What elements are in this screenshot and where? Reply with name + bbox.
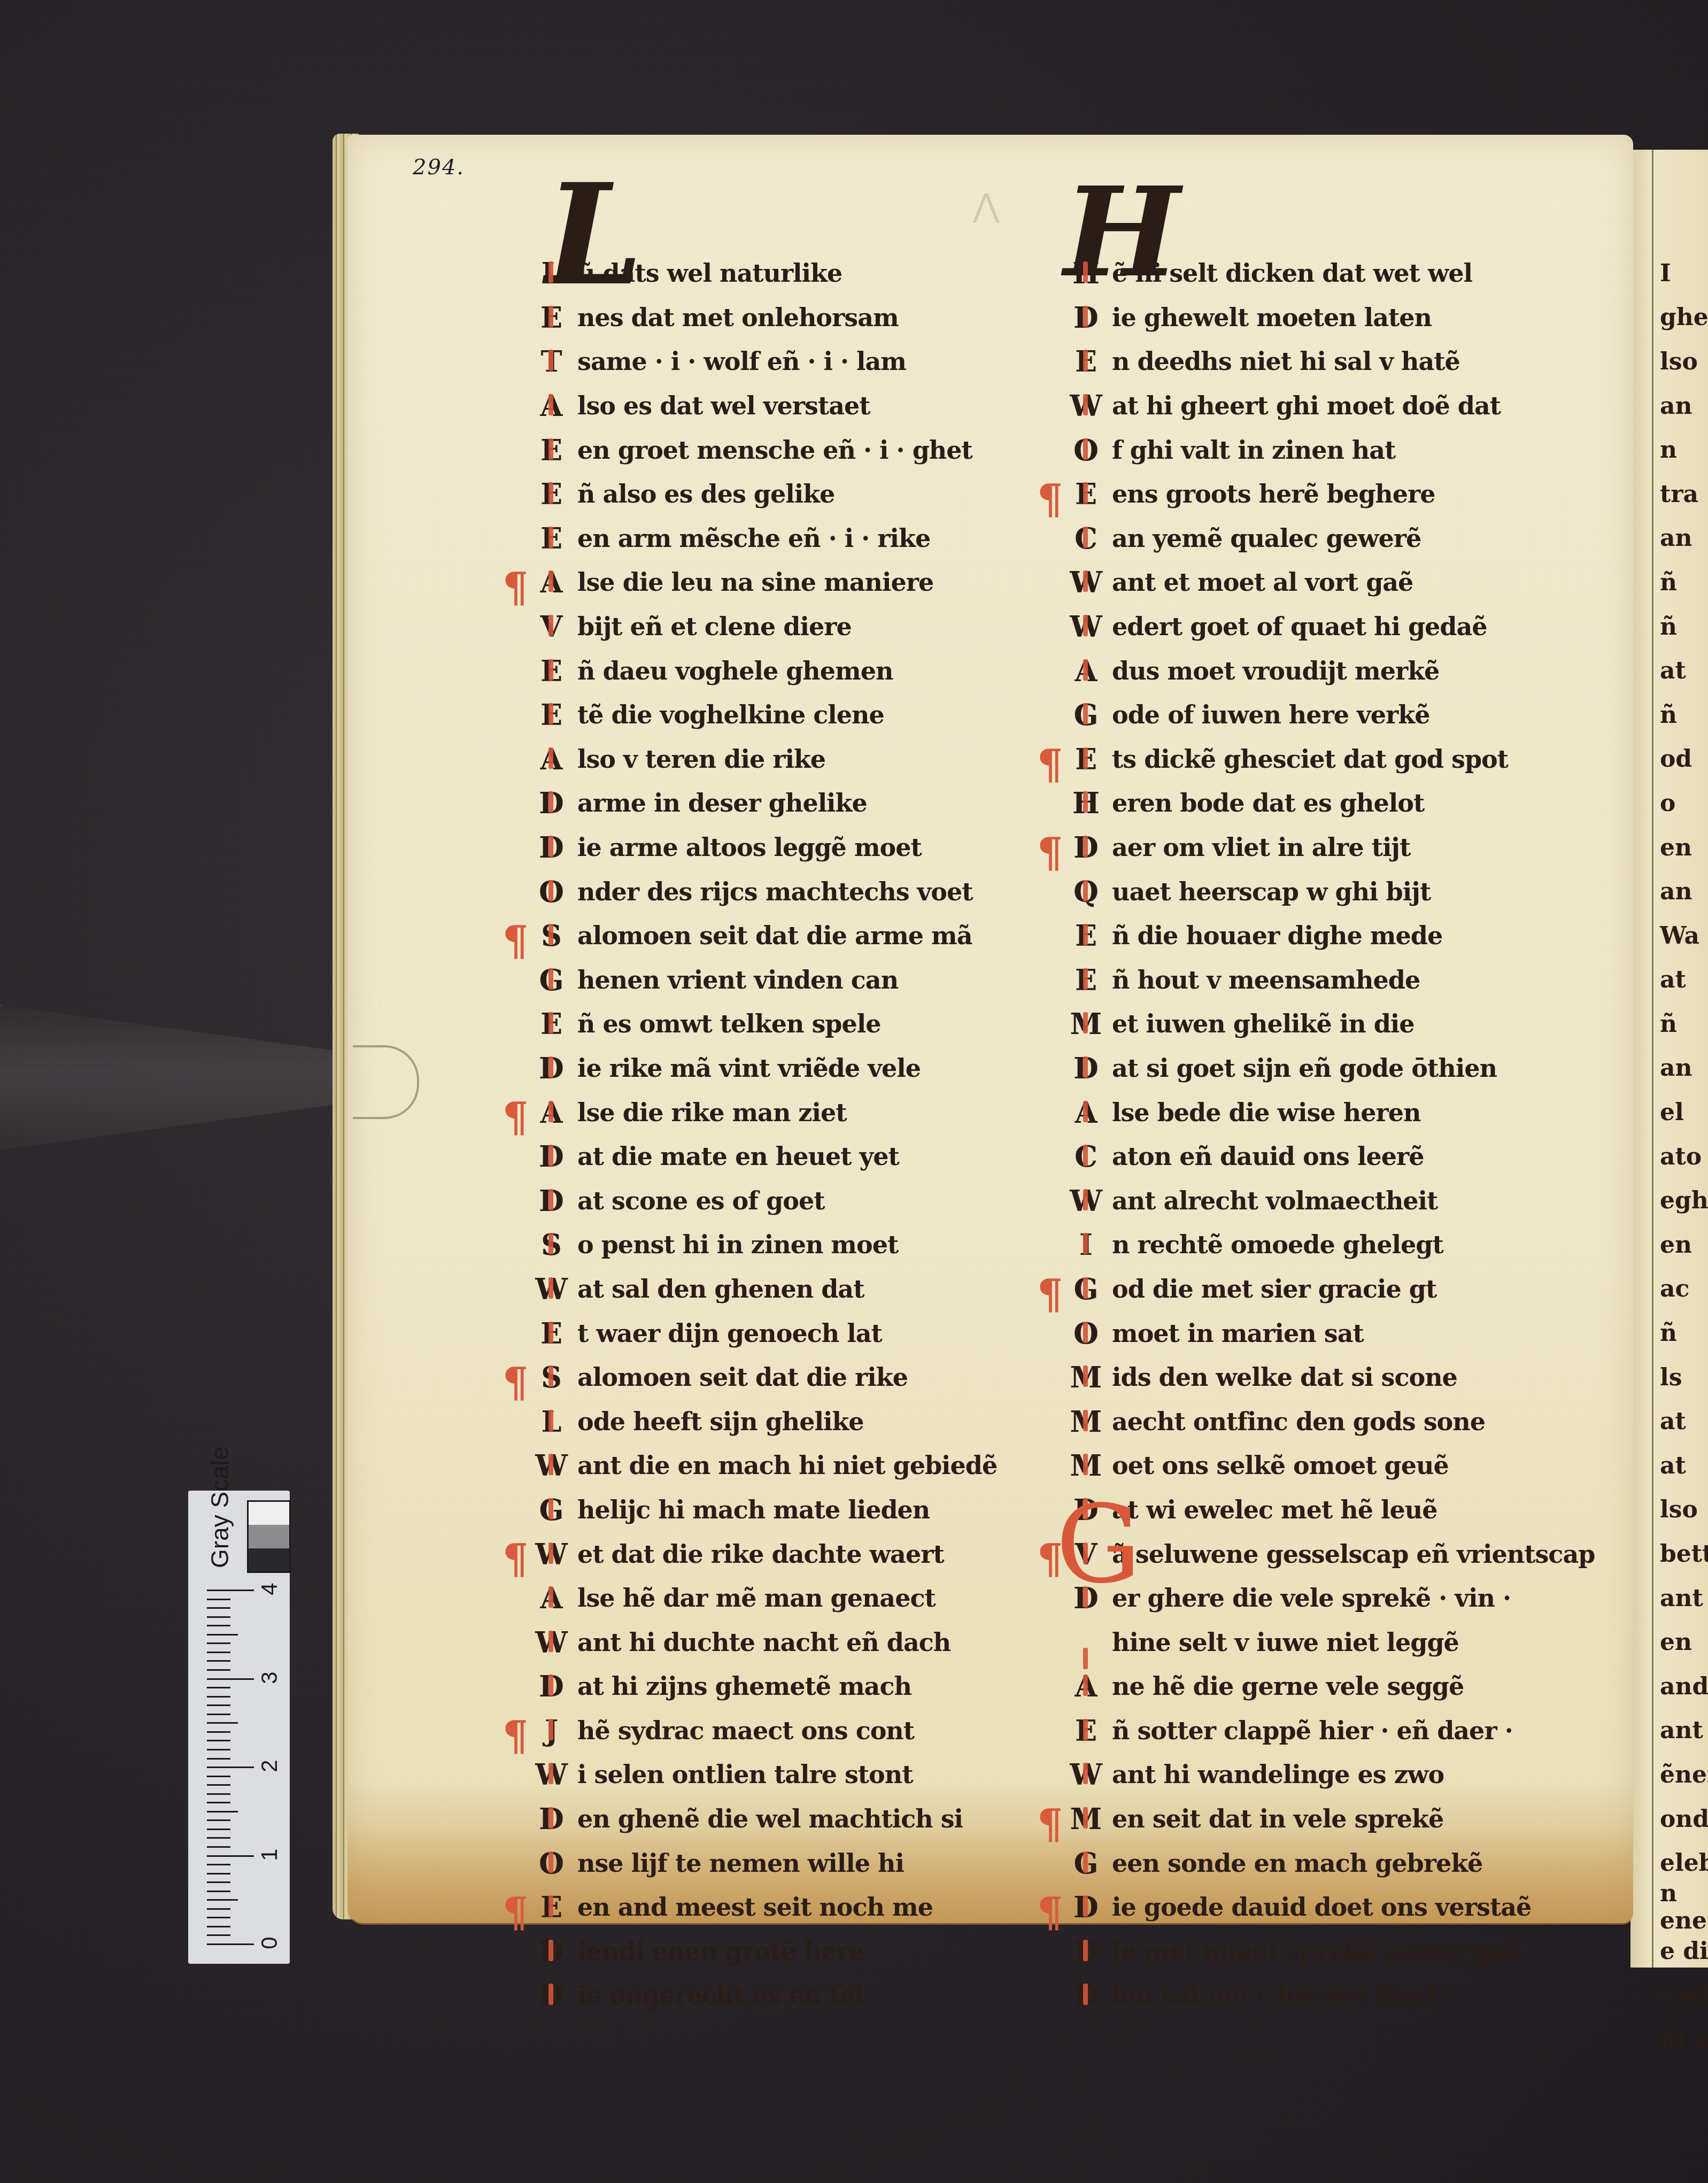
verse-line: Vbijt eñ et clene diere xyxy=(535,605,997,649)
paragraph-mark-icon: ¶ xyxy=(1037,740,1062,788)
verse-line: Dat hi zijns ghemetẽ mach xyxy=(535,1664,997,1709)
verse-text: ñ es omwt telken spele xyxy=(577,1009,881,1038)
ruler-tick xyxy=(207,1652,230,1653)
verse-line: Eñ sotter clappẽ hier · eñ daer · xyxy=(1069,1709,1595,1753)
ruler-tick xyxy=(207,1846,230,1848)
verse-initial: D xyxy=(535,1802,568,1836)
verse-text: en and meest seit noch me xyxy=(577,1893,933,1922)
verse-initial: M xyxy=(1069,1007,1102,1041)
verse-initial: M xyxy=(1069,1360,1102,1394)
ruler-tick xyxy=(207,1776,230,1777)
verse-text: lse bede die wise heren xyxy=(1112,1098,1420,1127)
verse-text: ie goede dauid doet ons verstaẽ xyxy=(1112,1893,1531,1922)
verse-line: Alse bede die wise heren xyxy=(1069,1090,1595,1135)
verse-line: Dat si goet sijn eñ gode ōthien xyxy=(1069,1046,1595,1091)
verse-initial: E xyxy=(535,521,568,556)
verse-line: ¶Ets dickẽ ghesciet dat god spot xyxy=(1069,737,1595,782)
ruler-label: 3 xyxy=(257,1671,282,1684)
verse-text: aton eñ dauid ons leerẽ xyxy=(1112,1142,1424,1171)
verse-initial: M xyxy=(1069,1802,1102,1836)
verse-initial: W xyxy=(1069,565,1102,599)
facing-line-fragment: ghe xyxy=(1660,296,1708,340)
verse-initial: E xyxy=(1069,1714,1102,1748)
verse-initial: O xyxy=(535,875,568,909)
facing-page-text: IghelsoanntraanññatñodoenanWaatñanelatoe… xyxy=(1660,251,1708,2062)
facing-line-fragment: e wi xyxy=(1660,1973,1708,2018)
verse-text: uaet heerscap w ghi bijt xyxy=(1112,877,1431,906)
verse-initial: D xyxy=(1069,1890,1102,1924)
verse-line: Eñ es omwt telken spele xyxy=(535,1002,997,1046)
verse-text: eren bode dat es ghelot xyxy=(1112,789,1424,817)
verse-text: t waer dijn genoech lat xyxy=(577,1319,882,1348)
verse-line: ¶Salomoen seit dat die rike xyxy=(535,1355,997,1400)
verse-initial: O xyxy=(1069,433,1102,467)
verse-text: moet in marien sat xyxy=(1112,1319,1364,1348)
verse-line: Die rike mã vint vriẽde vele xyxy=(535,1046,997,1091)
verse-line: Want hi wandelinge es zwo xyxy=(1069,1753,1595,1797)
paragraph-mark-icon: ¶ xyxy=(1037,1270,1062,1318)
verse-line: Darme in deser ghelike xyxy=(535,781,997,826)
facing-line-fragment: ac xyxy=(1660,1267,1708,1312)
ruler-tick xyxy=(207,1881,230,1883)
verse-initial: D xyxy=(535,830,568,865)
verse-text: et iuwen ghelikẽ in die xyxy=(1112,1009,1415,1038)
verse-text: ids den welke dat si scone xyxy=(1112,1363,1457,1392)
facing-line-fragment: hi so xyxy=(1660,2018,1708,2062)
verse-line: In rechtẽ omoede ghelegt xyxy=(1069,1223,1595,1267)
verse-initial: S xyxy=(535,1360,568,1394)
verse-text: lso v teren die rike xyxy=(577,745,825,774)
facing-line-fragment: ñ xyxy=(1660,560,1708,605)
verse-text: ie arme altoos leggẽ moet xyxy=(577,833,922,862)
ruler-tick xyxy=(207,1793,230,1795)
ruler-tick xyxy=(207,1829,230,1830)
verse-text: at scone es of goet xyxy=(577,1186,824,1215)
verse-line: Eñ die houaer dighe mede xyxy=(1069,914,1595,958)
ruler-tick xyxy=(207,1926,230,1927)
verse-line: ¶Alse die leu na sine maniere xyxy=(535,560,997,605)
verse-initial: W xyxy=(535,1537,568,1571)
folio-number: 294. xyxy=(413,155,465,180)
verse-text: nse lijf te nemen wille hi xyxy=(577,1849,904,1878)
verse-line: Lode heeft sijn ghelike xyxy=(535,1399,997,1444)
verse-text: dus moet vroudijt merkẽ xyxy=(1112,657,1439,685)
verse-line: Dat die mate en heuet yet xyxy=(535,1135,997,1179)
verse-initial: W xyxy=(535,1757,568,1792)
verse-line: Dat scone es of goet xyxy=(535,1178,997,1223)
verse-text: at hi gheert ghi moet doẽ dat xyxy=(1112,391,1501,420)
verse-line: Onse lijf te nemen wille hi xyxy=(535,1841,997,1885)
facing-line-fragment: elebe xyxy=(1660,1841,1708,1885)
verse-line: Die arme altoos leggẽ moet xyxy=(535,826,997,870)
red-capital-initial: G xyxy=(1056,1492,1141,1599)
facing-line-fragment: n xyxy=(1660,428,1708,472)
paragraph-mark-icon: ¶ xyxy=(503,1359,528,1406)
facing-line-fragment: ato xyxy=(1660,1135,1708,1179)
verse-initial: S xyxy=(535,919,568,953)
verse-text: at sal den ghenen dat xyxy=(577,1275,864,1303)
verse-initial: W xyxy=(1069,1184,1102,1218)
verse-initial: E xyxy=(535,477,568,511)
verse-line: Also v teren die rike xyxy=(535,737,997,782)
verse-text: ant alrecht volmaectheit xyxy=(1112,1186,1437,1215)
verse-initial: E xyxy=(1069,742,1102,776)
ruler-tick xyxy=(207,1819,230,1821)
facing-line-fragment: ẽnen xyxy=(1660,1753,1708,1797)
facing-line-fragment: Wa xyxy=(1660,914,1708,958)
verse-initial: A xyxy=(535,389,568,423)
verse-text: ens groots herẽ beghere xyxy=(1112,480,1435,508)
gray-scale-card: Gray Scale 01234 xyxy=(188,1491,290,1964)
verse-text: ñ daeu voghele ghemen xyxy=(577,657,893,685)
swatch-white xyxy=(249,1502,289,1525)
verse-line: Lũ dats wel naturlike xyxy=(535,251,997,296)
verse-text: ode of iuwen here verkẽ xyxy=(1112,700,1429,729)
left-text-column: Lũ dats wel naturlikeEnes dat met onleho… xyxy=(535,251,997,2018)
verse-initial: E xyxy=(535,698,568,732)
facing-line-fragment: el xyxy=(1660,1090,1708,1135)
verse-line: Een groet mensche eñ · i · ghet xyxy=(535,428,997,472)
facing-line-fragment: egh xyxy=(1660,1178,1708,1223)
verse-text: f ghi valt in zinen hat xyxy=(1112,436,1395,465)
verse-line: ¶Daer om vliet in alre tijt xyxy=(1069,826,1595,870)
verse-line: Want hi duchte nacht eñ dach xyxy=(535,1620,997,1664)
verse-initial: D xyxy=(535,1051,568,1085)
verse-line: Ane hẽ die gerne vele seggẽ xyxy=(1069,1664,1595,1709)
paragraph-mark-icon: ¶ xyxy=(503,1093,528,1141)
verse-line: Die met quaet sprekẽ omme gaẽ xyxy=(1069,1930,1595,1974)
verse-initial: E xyxy=(535,300,568,335)
ruler-tick xyxy=(207,1696,230,1698)
verse-text: ũ dats wel naturlike xyxy=(577,259,842,288)
verse-text: en arm mẽsche eñ · i · rike xyxy=(577,524,930,553)
verse-initial: A xyxy=(535,1581,568,1615)
verse-initial: A xyxy=(1069,1096,1102,1130)
verse-initial: D xyxy=(1069,830,1102,865)
verse-initial: E xyxy=(1069,344,1102,379)
facing-line-fragment: ñ xyxy=(1660,605,1708,649)
ruler-tick xyxy=(207,1669,230,1671)
verse-line: Dien sal mẽ v bieden tlant xyxy=(1069,1973,1595,2018)
ruler-tick xyxy=(207,1731,230,1733)
ruler-tick xyxy=(207,1811,238,1812)
facing-line-fragment: an xyxy=(1660,869,1708,914)
verse-text: hine selt v iuwe niet leggẽ xyxy=(1112,1628,1459,1657)
verse-text: ñ also es des gelike xyxy=(577,480,834,508)
verse-line: Heren bode dat es ghelot xyxy=(1069,781,1595,826)
verse-line: Enes dat met onlehorsam xyxy=(535,296,997,340)
ruler-tick xyxy=(207,1934,230,1936)
verse-line: ¶Men seit dat in vele sprekẽ xyxy=(1069,1797,1595,1841)
verse-initial: D xyxy=(1069,1978,1102,2012)
verse-line: Diendi enen grotẽ here xyxy=(535,1930,997,1974)
verse-text: hẽ sydrac maect ons cont xyxy=(577,1716,914,1745)
verse-line: Omoet in marien sat xyxy=(1069,1311,1595,1355)
verse-line: Alse hẽ dar mẽ man genaect xyxy=(535,1576,997,1621)
verse-text: nes dat met onlehorsam xyxy=(577,303,899,332)
ruler-tick xyxy=(207,1722,238,1724)
ruler-tick xyxy=(207,1891,230,1892)
verse-initial: J xyxy=(535,1714,568,1748)
facing-line-fragment: tra xyxy=(1660,472,1708,516)
verse-initial: E xyxy=(535,1890,568,1924)
verse-initial: H xyxy=(1069,256,1102,290)
verse-initial: H xyxy=(1069,786,1102,820)
verse-initial: W xyxy=(1069,610,1102,644)
verse-line: ¶Jhẽ sydrac maect ons cont xyxy=(535,1709,997,1753)
paragraph-mark-icon: ¶ xyxy=(1037,475,1062,523)
verse-line: Den ghenẽ die wel machtich si xyxy=(535,1797,997,1841)
verse-text: ant et moet al vort gaẽ xyxy=(1112,568,1413,597)
ruler-tick xyxy=(207,1704,230,1706)
verse-text: et dat die rike dachte waert xyxy=(577,1540,944,1569)
verse-line: Eñ daeu voghele ghemen xyxy=(535,649,997,693)
verse-initial: D xyxy=(535,1978,568,2012)
facing-line-fragment: ls xyxy=(1660,1355,1708,1400)
paragraph-mark-icon: ¶ xyxy=(503,564,528,611)
facing-line-fragment: ond xyxy=(1660,1797,1708,1841)
paragraph-mark-icon: ¶ xyxy=(1037,1888,1062,1936)
verse-line: Geen sonde en mach gebrekẽ xyxy=(1069,1841,1595,1885)
verse-text: ant die en mach hi niet gebiedẽ xyxy=(577,1451,997,1480)
verse-initial: S xyxy=(535,1228,568,1262)
ruler-tick xyxy=(207,1634,238,1636)
verse-text: nder des rijcs machtechs voet xyxy=(577,877,972,906)
verse-text: same · i · wolf eñ · i · lam xyxy=(577,347,906,376)
verse-initial: C xyxy=(1069,521,1102,556)
verse-line: Een arm mẽsche eñ · i · rike xyxy=(535,516,997,561)
verse-initial: W xyxy=(535,1272,568,1306)
verse-text: ts dickẽ ghesciet dat god spot xyxy=(1112,745,1508,774)
verse-line: Mids den welke dat si scone xyxy=(1069,1355,1595,1400)
paragraph-mark-icon: ¶ xyxy=(503,1535,528,1583)
verse-text: lse die rike man ziet xyxy=(577,1098,847,1127)
ruler-tick xyxy=(207,1714,230,1715)
ruler-tick xyxy=(207,1687,230,1688)
verse-line: Ghenen vrient vinden can xyxy=(535,958,997,1002)
verse-text: edert goet of quaet hi gedaẽ xyxy=(1112,612,1487,641)
verse-text: at wi ewelec met hẽ leuẽ xyxy=(1112,1495,1437,1524)
verse-text: i selen ontlien talre stont xyxy=(577,1760,913,1789)
verse-initial: E xyxy=(1069,963,1102,997)
verse-initial: L xyxy=(535,256,568,290)
facing-line-fragment: en xyxy=(1660,1620,1708,1664)
verse-initial: W xyxy=(535,1448,568,1483)
verse-line: ¶Eens groots herẽ beghere xyxy=(1069,472,1595,516)
verse-text: ñ hout v meensamhede xyxy=(1112,966,1420,994)
facing-line-fragment: ñ xyxy=(1660,693,1708,737)
verse-line: ¶Die goede dauid doet ons verstaẽ xyxy=(1069,1885,1595,1930)
paragraph-mark-icon: ¶ xyxy=(1037,1800,1062,1848)
verse-initial: O xyxy=(535,1846,568,1880)
verse-initial: M xyxy=(1069,1448,1102,1483)
verse-initial: W xyxy=(1069,389,1102,423)
ruler-label: 0 xyxy=(257,1937,282,1949)
facing-line-fragment: lso xyxy=(1660,340,1708,384)
ruler-tick xyxy=(207,1802,230,1803)
verse-line: So penst hi in zinen moet xyxy=(535,1223,997,1267)
swatch-black xyxy=(249,1548,289,1571)
ruler-label: 1 xyxy=(257,1848,282,1861)
ruler-tick xyxy=(207,1943,254,1945)
verse-line: Want alrecht volmaectheit xyxy=(1069,1178,1595,1223)
verse-text: arme in deser ghelike xyxy=(577,789,867,817)
swatch-gray xyxy=(249,1525,289,1548)
verse-text: ant hi wandelinge es zwo xyxy=(1112,1760,1444,1789)
verse-line: Et waer dijn genoech lat xyxy=(535,1311,997,1355)
verse-text: at si goet sijn eñ gode ōthien xyxy=(1112,1054,1497,1083)
verse-initial: W xyxy=(535,1625,568,1660)
facing-line-fragment: e dit xyxy=(1660,1930,1708,1974)
verse-line: ¶Alse die rike man ziet xyxy=(535,1090,997,1135)
verse-line: Caton eñ dauid ons leerẽ xyxy=(1069,1135,1595,1179)
verse-text: aer om vliet in alre tijt xyxy=(1112,833,1410,862)
verse-line: Ghelijc hi mach mate lieden xyxy=(535,1488,997,1532)
verse-initial: G xyxy=(535,963,568,997)
verse-initial: A xyxy=(535,742,568,776)
gray-swatches xyxy=(247,1500,291,1573)
verse-text: bijt eñ et clene diere xyxy=(577,612,852,641)
verse-initial: E xyxy=(535,1316,568,1351)
facing-line-fragment: at xyxy=(1660,1399,1708,1444)
ruler-tick xyxy=(207,1660,230,1662)
verse-text: ien sal mẽ v bieden tlant xyxy=(1112,1981,1438,2010)
facing-page-fold xyxy=(1652,150,1653,1968)
facing-line-fragment: od xyxy=(1660,737,1708,782)
ruler-tick xyxy=(207,1855,254,1857)
verse-text: o penst hi in zinen moet xyxy=(577,1230,898,1259)
verse-initial: Q xyxy=(1069,875,1102,909)
verse-text: at die mate en heuet yet xyxy=(577,1142,899,1171)
verse-text: henen vrient vinden can xyxy=(577,966,898,994)
facing-line-fragment: ant xyxy=(1660,1576,1708,1621)
verse-initial: D xyxy=(535,1139,568,1174)
verse-initial: C xyxy=(1069,1139,1102,1174)
verse-text: lse die leu na sine maniere xyxy=(577,568,933,597)
verse-initial: T xyxy=(535,344,568,379)
verse-initial: L xyxy=(535,1405,568,1439)
verse-line: ¶Salomoen seit dat die arme mã xyxy=(535,914,997,958)
verse-line: ¶God die met sier gracie gt xyxy=(1069,1267,1595,1312)
facing-line-fragment: n ene xyxy=(1660,1885,1708,1930)
facing-line-fragment: o xyxy=(1660,781,1708,826)
verse-initial: G xyxy=(535,1493,568,1527)
verse-line: Onder des rijcs machtechs voet xyxy=(535,869,997,914)
verse-text: od die met sier gracie gt xyxy=(1112,1275,1436,1303)
verse-initial: M xyxy=(1069,1405,1102,1439)
verse-line: Eñ hout v meensamhede xyxy=(1069,958,1595,1002)
ruler-tick xyxy=(207,1864,230,1865)
verse-text: ie ghewelt moeten laten xyxy=(1112,303,1432,332)
verse-initial: A xyxy=(535,1096,568,1130)
verse-line: Eñ also es des gelike xyxy=(535,472,997,516)
verse-line: Der ghere die vele sprekẽ · vin · xyxy=(1069,1576,1595,1621)
verse-initial: E xyxy=(535,433,568,467)
verse-initial: E xyxy=(535,1007,568,1041)
verse-text: an yemẽ qualec gewerẽ xyxy=(1112,524,1421,553)
ruler-tick xyxy=(207,1678,254,1680)
ruler-tick xyxy=(207,1899,238,1901)
verse-line: Moet ons selkẽ omoet geuẽ xyxy=(1069,1444,1595,1488)
verse-initial: D xyxy=(1069,1051,1102,1085)
facing-line-fragment: lso xyxy=(1660,1488,1708,1532)
verse-initial: G xyxy=(1069,1846,1102,1880)
verse-line: Etẽ die voghelkine clene xyxy=(535,693,997,737)
verse-line: Gode of iuwen here verkẽ xyxy=(1069,693,1595,737)
verse-text: en groet mensche eñ · i · ghet xyxy=(577,436,972,465)
verse-initial: E xyxy=(535,654,568,688)
verse-line: hine selt v iuwe niet leggẽ xyxy=(1069,1620,1595,1664)
verse-initial: D xyxy=(535,786,568,820)
paragraph-mark-icon: ¶ xyxy=(503,1888,528,1936)
verse-text: ñ sotter clappẽ hier · eñ daer · xyxy=(1112,1716,1513,1745)
gray-scale-label: Gray Scale xyxy=(205,1446,234,1568)
verse-line: Tsame · i · wolf eñ · i · lam xyxy=(535,340,997,384)
ruler-tick xyxy=(207,1767,254,1768)
verse-text: iendi enen grotẽ here xyxy=(577,1937,864,1966)
facing-line-fragment: at xyxy=(1660,958,1708,1002)
verse-initial: A xyxy=(535,565,568,599)
facing-line-fragment: and xyxy=(1660,1664,1708,1709)
verse-line: En deedhs niet hi sal v hatẽ xyxy=(1069,340,1595,384)
ruler-label: 2 xyxy=(257,1760,282,1772)
verse-initial: V xyxy=(535,610,568,644)
verse-text: ñ die houaer dighe mede xyxy=(1112,921,1442,950)
facing-line-fragment: en xyxy=(1660,1223,1708,1267)
verse-line: Adus moet vroudijt merkẽ xyxy=(1069,649,1595,693)
verse-initial: G xyxy=(1069,1272,1102,1306)
verse-initial: D xyxy=(535,1184,568,1218)
facing-line-fragment: at xyxy=(1660,1444,1708,1488)
verse-text: alomoen seit dat die rike xyxy=(577,1363,908,1392)
verse-line: Wedert goet of quaet hi gedaẽ xyxy=(1069,605,1595,649)
verse-initial: D xyxy=(1069,300,1102,335)
facing-line-fragment: en xyxy=(1660,826,1708,870)
verse-line: ¶Wet dat die rike dachte waert xyxy=(535,1532,997,1576)
verse-line: ¶Een and meest seit noch me xyxy=(535,1885,997,1930)
ruler-tick xyxy=(207,1590,254,1591)
verse-line: Dat wi ewelec met hẽ leuẽ xyxy=(1069,1488,1595,1532)
facing-line-fragment: ñ xyxy=(1660,1311,1708,1355)
verse-text: ie ongerecht es en fel xyxy=(577,1981,863,2010)
ruler-tick xyxy=(207,1599,230,1600)
verse-line: Die ongerecht es en fel xyxy=(535,1973,997,2018)
ruler-tick xyxy=(207,1758,230,1760)
verse-text: er ghere die vele sprekẽ · vin · xyxy=(1112,1584,1511,1613)
verse-initial: D xyxy=(1069,1934,1102,1969)
verse-text: n deedhs niet hi sal v hatẽ xyxy=(1112,347,1460,376)
verse-line: Of ghi valt in zinen hat xyxy=(1069,428,1595,472)
verse-text: en ghenẽ die wel machtich si xyxy=(577,1804,963,1833)
verse-initial: D xyxy=(535,1669,568,1703)
right-text-column: Hẽ hi selt dicken dat wet welDie ghewelt… xyxy=(1069,251,1595,2018)
verse-text: ode heeft sijn ghelike xyxy=(577,1407,864,1436)
strap-loop xyxy=(353,1045,419,1119)
verse-line: Wat hi gheert ghi moet doẽ dat xyxy=(1069,384,1595,428)
facing-line-fragment: ñ xyxy=(1660,1002,1708,1046)
ruler-tick xyxy=(207,1908,230,1910)
verse-line: Die ghewelt moeten laten xyxy=(1069,296,1595,340)
verse-text: ie rike mã vint vriẽde vele xyxy=(577,1054,921,1083)
ruler-label: 4 xyxy=(257,1583,282,1595)
facing-line-fragment: I xyxy=(1660,251,1708,296)
paragraph-mark-icon: ¶ xyxy=(503,1712,528,1760)
verse-text: en seit dat in vele sprekẽ xyxy=(1112,1804,1443,1833)
ruler: 01234 xyxy=(207,1577,260,1949)
verse-text: lso es dat wel verstaet xyxy=(577,391,870,420)
ruler-tick xyxy=(207,1607,230,1609)
verse-text: oet ons selkẽ omoet geuẽ xyxy=(1112,1451,1449,1480)
